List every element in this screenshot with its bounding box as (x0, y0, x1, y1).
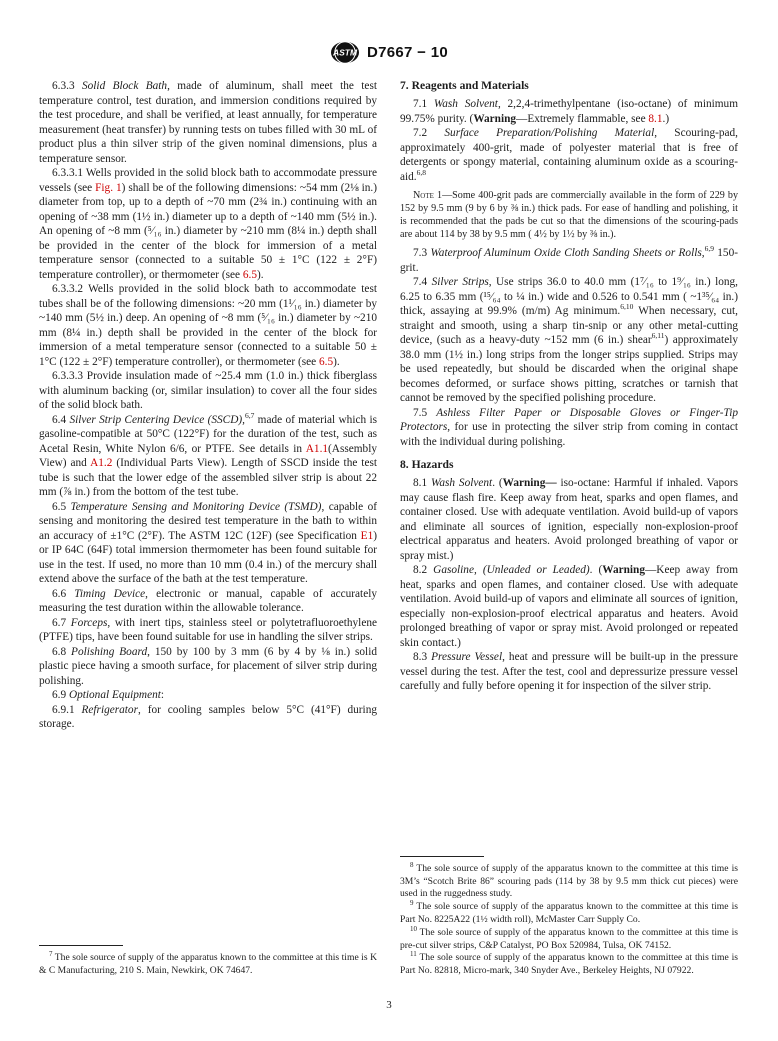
footnote-reference: 6,10 (620, 302, 633, 311)
para-6.9: 6.9 Optional Equipment: (39, 688, 377, 703)
footnotes-right: 8 The sole source of supply of the appar… (400, 856, 738, 978)
text-run: Warning (473, 113, 516, 125)
right-column: 7. Reagents and Materials7.1 Wash Solven… (400, 79, 738, 978)
para-7.1: 7.1 Wash Solvent, 2,2,4-trimethylpentane… (400, 97, 738, 126)
text-run: Warning— (503, 477, 557, 489)
para-6.3.3.2: 6.3.3.2 Wells provided in the solid bloc… (39, 282, 377, 369)
footnote-text: The sole source of supply of the apparat… (400, 927, 738, 951)
text-run: Note 1 (413, 190, 442, 201)
para-6.9.1: 6.9.1 Refrigerator, for cooling samples … (39, 703, 377, 732)
text-run: 6.3.3.3 Provide insulation made of ~25.4… (39, 370, 377, 411)
para-7.5: 7.5 Ashless Filter Paper or Disposable G… (400, 406, 738, 450)
text-run: Polishing Board (71, 646, 147, 658)
footnote-text: The sole source of supply of the apparat… (400, 863, 738, 900)
text-run: 7.2 (413, 127, 444, 139)
para-7.4: 7.4 Silver Strips, Use strips 36.0 to 40… (400, 275, 738, 406)
text-run: Silver Strip Centering Device (SSCD), (69, 414, 245, 426)
text-run: Wash Solvent (434, 98, 498, 110)
text-run: 8.3 (413, 651, 431, 663)
text-run: ) shall be of the following dimensions: … (39, 182, 377, 281)
text-run: , for use in protecting the silver strip… (400, 421, 738, 448)
xref-link-8-1[interactable]: 8.1 (648, 113, 662, 125)
para-6.3.3: 6.3.3 Solid Block Bath, made of aluminum… (39, 79, 377, 166)
text-run: , made of aluminum, shall meet the test … (39, 80, 377, 165)
footnote-11: 11 The sole source of supply of the appa… (400, 952, 738, 978)
text-run: 6.4 (52, 414, 69, 426)
footnote-text: The sole source of supply of the apparat… (400, 901, 738, 925)
footnote-10: 10 The sole source of supply of the appa… (400, 927, 738, 953)
text-run: ). (333, 356, 340, 368)
text-run: 7.5 (413, 407, 436, 419)
text-run: —Some 400-grit pads are commercially ava… (400, 190, 738, 240)
text-run: 7.4 (413, 276, 432, 288)
text-run: .) (663, 113, 670, 125)
footnote-reference: 6,11 (652, 331, 665, 340)
para-8.2: 8.2 Gasoline, (Unleaded or Leaded). (War… (400, 563, 738, 650)
para-6.7: 6.7 Forceps, with inert tips, stainless … (39, 616, 377, 645)
text-run: ). (257, 269, 264, 281)
page-header: ASTM D7667 − 10 (0, 41, 778, 64)
text-run: 6.9.1 (52, 704, 82, 716)
footnote-separator-rule (39, 945, 123, 946)
text-run: Waterproof Aluminum Oxide Cloth Sanding … (430, 247, 704, 259)
text-run: Temperature Sensing and Monitoring Devic… (71, 501, 322, 513)
xref-link-6-5[interactable]: 6.5 (243, 269, 257, 281)
footnote-number: 10 (410, 925, 417, 933)
para-6.5: 6.5 Temperature Sensing and Monitoring D… (39, 500, 377, 587)
xref-link-fig-1[interactable]: Fig. 1 (95, 182, 122, 194)
xref-link-e1[interactable]: E1 (361, 530, 374, 542)
footnote-number: 11 (410, 950, 417, 958)
footnotes-left: 7 The sole source of supply of the appar… (39, 945, 377, 978)
text-run: : (161, 689, 164, 701)
left-column: 6.3.3 Solid Block Bath, made of aluminum… (39, 79, 377, 978)
text-run: 8.2 (413, 564, 433, 576)
text-run: Refrigerator (82, 704, 138, 716)
para-6.3.3.3: 6.3.3.3 Provide insulation made of ~25.4… (39, 369, 377, 413)
text-run: Silver Strips (432, 276, 489, 288)
page-number: 3 (0, 999, 778, 1011)
text-run: Wash Solvent (431, 477, 492, 489)
footnote-separator-rule (400, 856, 484, 857)
astm-logo-icon: ASTM (330, 41, 360, 64)
para-6.3.3.1: 6.3.3.1 Wells provided in the solid bloc… (39, 166, 377, 282)
text-run: 6.7 (52, 617, 71, 629)
document-page: ASTM D7667 − 10 6.3.3 Solid Block Bath, … (0, 0, 778, 1041)
text-run: Forceps (71, 617, 108, 629)
para-6.4: 6.4 Silver Strip Centering Device (SSCD)… (39, 413, 377, 500)
footnote-7: 7 The sole source of supply of the appar… (39, 952, 377, 978)
para-6.6: 6.6 Timing Device, electronic or manual,… (39, 587, 377, 616)
footnote-reference: 6,8 (417, 168, 426, 177)
text-run: 6.5 (52, 501, 71, 513)
footnote-8: 8 The sole source of supply of the appar… (400, 863, 738, 901)
text-run: . ( (492, 477, 502, 489)
text-run: Pressure Vessel (431, 651, 502, 663)
xref-link-a1-1[interactable]: A1.1 (306, 443, 328, 455)
para-7.3: 7.3 Waterproof Aluminum Oxide Cloth Sand… (400, 246, 738, 275)
text-run: Gasoline, (Unleaded or Leaded) (433, 564, 589, 576)
text-run: 6.6 (52, 588, 74, 600)
para-7.2: 7.2 Surface Preparation/Polishing Materi… (400, 126, 738, 184)
two-column-body: 6.3.3 Solid Block Bath, made of aluminum… (39, 79, 739, 978)
text-run: Surface Preparation/Polishing Material (444, 127, 654, 139)
text-run: iso-octane: Harmful if inhaled. Vapors m… (400, 477, 738, 562)
para-8.1: 8.1 Wash Solvent. (Warning— iso-octane: … (400, 476, 738, 563)
astm-logo-text: ASTM (332, 48, 358, 58)
xref-link-a1-2[interactable]: A1.2 (90, 457, 112, 469)
text-run: 8.1 (413, 477, 431, 489)
text-run: Solid Block Bath (82, 80, 167, 92)
text-run: Optional Equipment (69, 689, 161, 701)
text-run: . ( (590, 564, 603, 576)
text-run: 6.8 (52, 646, 71, 658)
text-run: 7.1 (413, 98, 434, 110)
text-run: —Extremely flammable, see (516, 113, 648, 125)
para-8.3: 8.3 Pressure Vessel, heat and pressure w… (400, 650, 738, 694)
text-run: Timing Device (74, 588, 145, 600)
footnote-text: The sole source of supply of the apparat… (400, 952, 738, 976)
heading-section-8: 8. Hazards (400, 458, 738, 471)
text-run: Warning (602, 564, 645, 576)
footnote-text: The sole source of supply of the apparat… (39, 952, 377, 976)
text-run: 7.3 (413, 247, 430, 259)
footnote-9: 9 The sole source of supply of the appar… (400, 901, 738, 927)
document-code: D7667 − 10 (367, 44, 448, 61)
text-run: 6.9 (52, 689, 69, 701)
footnote-reference: 6,9 (705, 244, 714, 253)
text-run: 6.3.3 (52, 80, 82, 92)
footnote-reference: 6,7 (245, 411, 254, 420)
heading-section-7: 7. Reagents and Materials (400, 79, 738, 92)
note-1: Note 1—Some 400-grit pads are commercial… (400, 189, 738, 241)
para-6.8: 6.8 Polishing Board, 150 by 100 by 3 mm … (39, 645, 377, 689)
text-run: —Keep away from heat, sparks and open fl… (400, 564, 738, 649)
xref-link-6-5[interactable]: 6.5 (319, 356, 333, 368)
